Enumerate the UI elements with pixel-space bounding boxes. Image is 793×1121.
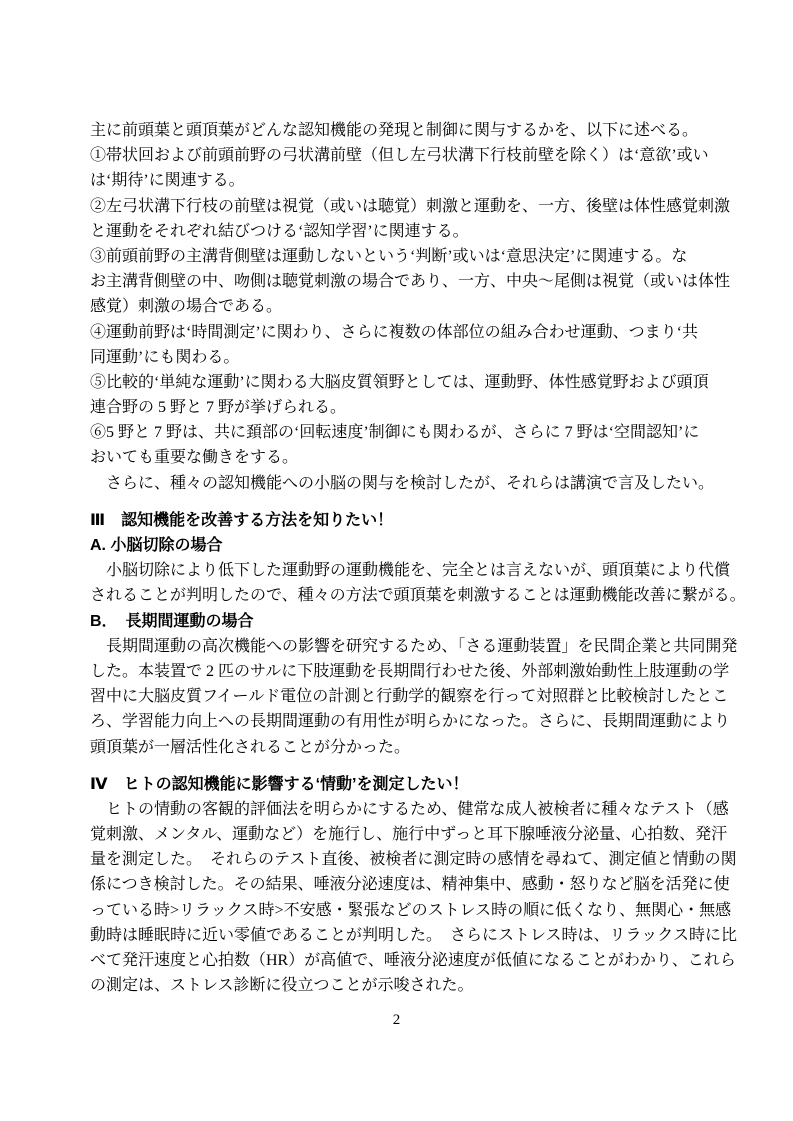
section-4-body-line: 動時は睡眠時に近い零値であることが判明した。 さらにストレス時は、リラックス時に… [90, 923, 715, 948]
section-4-body-line: 覚刺激、メンタル、運動など）を施行し、施行中ずっと耳下腺唾液分泌量、心拍数、発汗 [90, 822, 715, 847]
subsection-a-body-line: されることが判明したので、種々の方法で頭頂葉を刺激することは運動機能改善に繋がる… [90, 583, 715, 608]
subsection-a-heading: A. 小脳切除の場合 [90, 533, 715, 558]
document-page: 主に前頭葉と頭頂葉がどんな認知機能の発現と制御に関与するかを、以下に述べる。 ①… [0, 0, 793, 1121]
paragraph-gap [90, 760, 715, 772]
list-item-1-line: ①帯状回および前頭前野の弓状溝前壁（但し左弓状溝下行枝前壁を除く）は‘意欲’或い [90, 143, 715, 168]
subsection-a-body-line: 小脳切除により低下した運動野の運動機能を、完全とは言えないが、頭頂葉により代償 [90, 558, 715, 583]
section-4-body-line: ヒトの情動の客観的評価法を明らかにするため、健常な成人被検者に種々なテスト（感 [90, 797, 715, 822]
intro-line: 主に前頭葉と頭頂葉がどんな認知機能の発現と制御に関与するかを、以下に述べる。 [90, 118, 715, 143]
list-item-5-line: ⑤比較的‘単純な運動’に関わる大脳皮質領野としては、運動野、体性感覚野および頭頂 [90, 370, 715, 395]
list-item-2-line: と運動をそれぞれ結びつける‘認知学習’に関連する。 [90, 219, 715, 244]
page-number: 2 [0, 1012, 793, 1029]
closing-remark-line: さらに、種々の認知機能への小脳の関与を検討したが、それらは講演で言及したい。 [90, 471, 715, 496]
list-item-6-line: おいても重要な働きをする。 [90, 445, 715, 470]
list-item-1-line: は‘期待’に関連する。 [90, 168, 715, 193]
paragraph-gap [90, 496, 715, 508]
list-item-3-line: お主溝背側壁の中、吻側は聴覚刺激の場合であり、一方、中央～尾側は視覚（或いは体性 [90, 269, 715, 294]
list-item-4-line: ④運動前野は‘時間測定’に関わり、さらに複数の体部位の組み合わせ運動、つまり‘共 [90, 320, 715, 345]
list-item-4-line: 同運動’にも関わる。 [90, 345, 715, 370]
subsection-b-body-line: 習中に大脳皮質フイールド電位の計測と行動学的観察を行って対照群と比較検討したとこ [90, 684, 715, 709]
subsection-b-body-line: 長期間運動の高次機能への影響を研究するため、「さる運動装置」を民間企業と共同開発 [90, 634, 715, 659]
list-item-6-line: ⑥5 野と 7 野は、共に頚部の‘回転速度’制御にも関わるが、さらに 7 野は‘… [90, 420, 715, 445]
list-item-5-line: 連合野の 5 野と 7 野が挙げられる。 [90, 395, 715, 420]
section-4-body-line: べて発汗速度と心拍数（HR）が高値で、唾液分泌速度が低値になることがわかり、これ… [90, 948, 715, 973]
subsection-b-body-line: ろ、学習能力向上への長期間運動の有用性が明らかになった。さらに、長期間運動により [90, 709, 715, 734]
section-4-body-line: の測定は、ストレス診断に役立つことが示唆された。 [90, 973, 715, 998]
list-item-2-line: ②左弓状溝下行枝の前壁は視覚（或いは聴覚）刺激と運動を、一方、後壁は体性感覚刺激 [90, 194, 715, 219]
text-block: 主に前頭葉と頭頂葉がどんな認知機能の発現と制御に関与するかを、以下に述べる。 ①… [90, 118, 715, 998]
section-4-body-line: 係につき検討した。その結果、唾液分泌速度は、精神集中、感動・怒りなど脳を活発に使 [90, 872, 715, 897]
subsection-b-body-line: 頭頂葉が一層活性化されることが分かった。 [90, 735, 715, 760]
subsection-b-body-line: した。本装置で 2 匹のサルに下肢運動を長期間行わせた後、外部刺激始動性上肢運動… [90, 659, 715, 684]
list-item-3-line: ③前頭前野の主溝背側壁は運動しないという‘判断’或いは‘意思決定’に関連する。な [90, 244, 715, 269]
section-4-body-line: っている時>リラックス時>不安感・緊張などのストレス時の順に低くなり、無関心・無… [90, 898, 715, 923]
list-item-3-line: 感覚）刺激の場合である。 [90, 294, 715, 319]
section-4-body-line: 量を測定した。 それらのテスト直後、被検者に測定時の感情を尋ねて、測定値と情動の… [90, 847, 715, 872]
section-3-heading: Ⅲ 認知機能を改善する方法を知りたい！ [90, 508, 715, 533]
subsection-b-heading: B． 長期間運動の場合 [90, 609, 715, 634]
section-4-heading: Ⅳ ヒトの認知機能に影響する‘情動’を測定したい！ [90, 772, 715, 797]
